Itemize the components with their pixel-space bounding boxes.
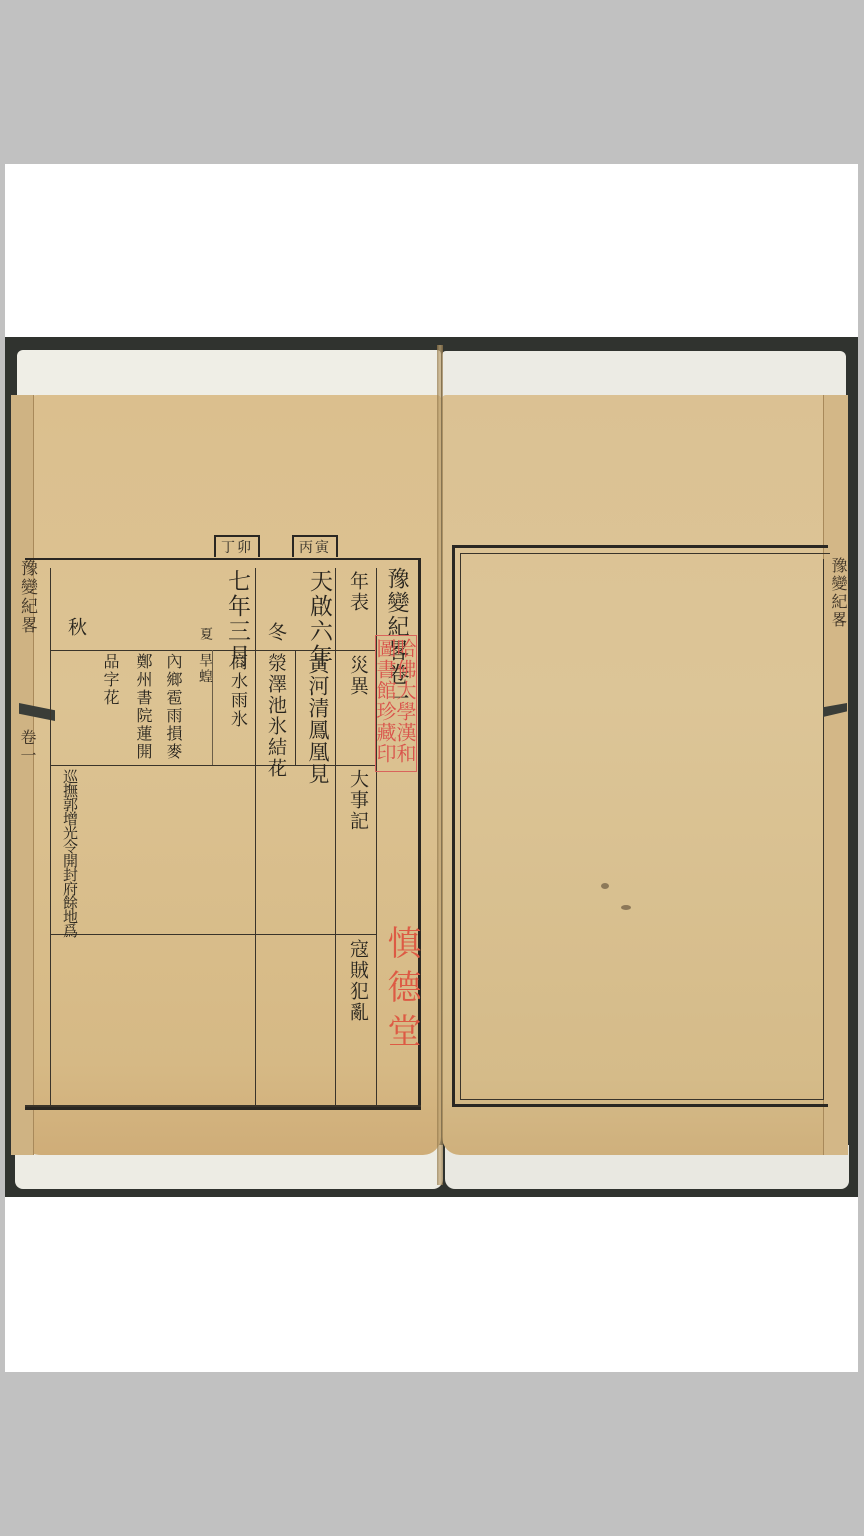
row-header-dashiji: 大事記 [345,769,372,832]
event-guo-zengguang: 巡撫郭增光令開封府餘地爲 [60,769,81,937]
ink-blot [621,905,631,910]
right-inner-frame-left [460,553,461,1099]
disaster-shangshui: 商水雨氷 [225,653,250,729]
tab-bingyin: 丙寅 [292,535,338,557]
sub-divider [295,650,296,765]
bottom-rule [25,1105,421,1107]
season-summer: 夏 [195,627,214,642]
row-header-kouzei: 寇賊犯亂 [345,939,372,1023]
right-inner-frame-right [823,559,824,1099]
right-page-frame [452,545,828,1107]
column-divider-1 [255,568,256,1106]
row-divider-3 [50,934,376,935]
disaster-item-4: 品字花 [99,653,122,707]
right-inner-frame-bottom [460,1099,824,1100]
row-header-zaiyi: 災異 [345,655,372,697]
disaster-item-1: 旱蝗 [195,653,215,685]
ink-blot [601,883,609,889]
disaster-item-2: 內鄉雹雨損麥 [162,653,185,761]
disaster-yellow-river: 黃河清鳳凰見 [303,653,333,785]
right-inner-frame-top [460,553,830,554]
right-margin-title: 豫變紀畧 [827,557,850,629]
harvard-yenching-seal: 哈佛大學漢和圖書館珍藏印 [375,635,417,772]
page-edge-top-left [17,350,441,398]
season-winter: 冬 [263,622,290,643]
shende-tang-seal: 慎德堂 [377,925,426,1057]
row-header-nianbiao: 年表 [345,571,372,613]
disaster-xingze: 滎澤池氷結花 [263,653,290,779]
disaster-item-3: 鄭州書院蓮開 [132,653,155,761]
page-edge-top-right [442,351,846,399]
book-scan: 豫變紀畧 卷一 丙寅 丁卯 豫變紀畧卷一 年表 災異 大事記 寇賊犯亂 天啟六年… [5,337,858,1197]
tab-dingmao: 丁卯 [214,535,260,557]
book-gutter [437,345,443,1185]
column-divider-2 [50,568,51,1106]
season-autumn: 秋 [63,617,90,638]
